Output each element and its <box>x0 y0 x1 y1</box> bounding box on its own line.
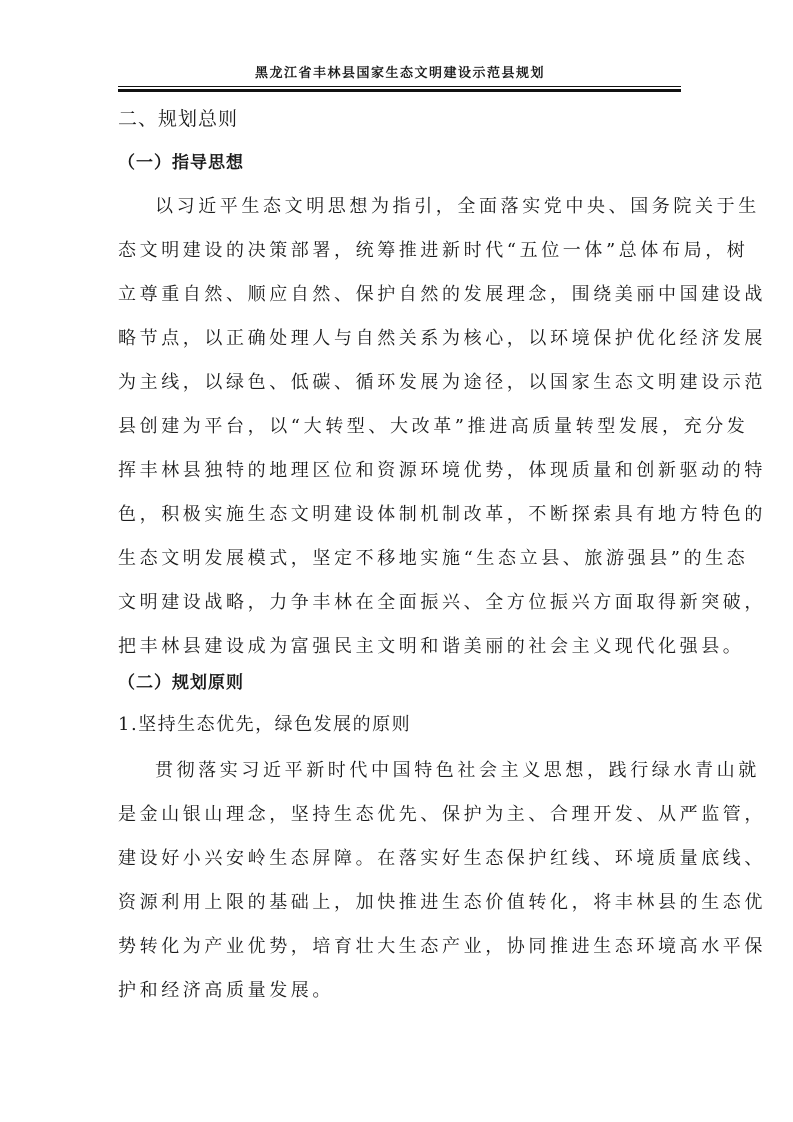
paragraph-line: 以习近平生态文明思想为指引，全面落实党中央、国务院关于生 <box>155 192 715 218</box>
paragraph-line: 为主线，以绿色、低碳、循环发展为途径，以国家生态文明建设示范 <box>118 368 678 394</box>
paragraph-line: 色，积极实施生态文明建设体制机制改革，不断探索具有地方特色的 <box>118 500 678 526</box>
document-page: 黑龙江省丰林县国家生态文明建设示范县规划 二、规划总则 （一）指导思想 以习近平… <box>0 0 793 1122</box>
paragraph-line: 立尊重自然、顺应自然、保护自然的发展理念，围绕美丽中国建设战 <box>118 280 678 306</box>
subsection-heading-guiding-ideology: （一）指导思想 <box>118 148 678 173</box>
paragraph-line: 是金山银山理念，坚持生态优先、保护为主、合理开发、从严监管， <box>118 800 678 826</box>
paragraph-line: 建设好小兴安岭生态屏障。在落实好生态保护红线、环境质量底线、 <box>118 844 678 870</box>
paragraph-line: 挥丰林县独特的地理区位和资源环境优势，体现质量和创新驱动的特 <box>118 456 678 482</box>
paragraph-line: 态文明建设的决策部署，统筹推进新时代“五位一体”总体布局，树 <box>118 236 678 262</box>
section-heading: 二、规划总则 <box>118 104 678 131</box>
paragraph-line: 贯彻落实习近平新时代中国特色社会主义思想，践行绿水青山就 <box>155 756 715 782</box>
paragraph-line: 生态文明发展模式，坚定不移地实施“生态立县、旅游强县”的生态 <box>118 544 678 570</box>
running-header: 黑龙江省丰林县国家生态文明建设示范县规划 <box>120 62 680 81</box>
paragraph-line: 把丰林县建设成为富强民主文明和谐美丽的社会主义现代化强县。 <box>118 632 678 658</box>
subsection-heading-planning-principles: （二）规划原则 <box>118 668 678 693</box>
paragraph-line: 护和经济高质量发展。 <box>118 976 678 1002</box>
paragraph-line: 县创建为平台，以“大转型、大改革”推进高质量转型发展，充分发 <box>118 412 678 438</box>
paragraph-line: 资源利用上限的基础上，加快推进生态价值转化，将丰林县的生态优 <box>118 888 678 914</box>
header-rule-thick <box>118 89 681 92</box>
principle-heading-1: 1.坚持生态优先，绿色发展的原则 <box>118 710 678 736</box>
paragraph-line: 势转化为产业优势，培育壮大生态产业，协同推进生态环境高水平保 <box>118 932 678 958</box>
paragraph-line: 略节点，以正确处理人与自然关系为核心，以环境保护优化经济发展 <box>118 324 678 350</box>
header-rule-thin <box>118 86 681 87</box>
paragraph-line: 文明建设战略，力争丰林在全面振兴、全方位振兴方面取得新突破， <box>118 588 678 614</box>
